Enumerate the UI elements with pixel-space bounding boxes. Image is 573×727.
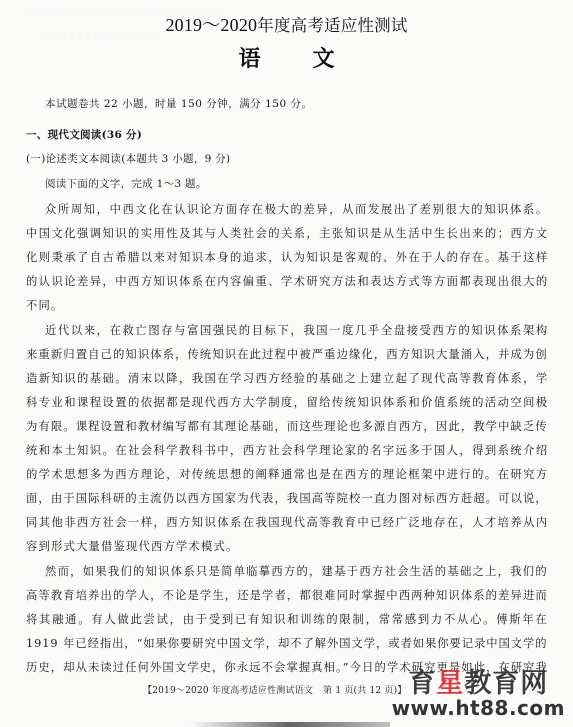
section-heading: 一、现代文阅读(36 分) bbox=[26, 127, 142, 142]
passage-line: 统和本土知识。在社会科学教科书中，西方社会科学理论家的名字远多于国人，得到系统介… bbox=[26, 442, 549, 458]
passage-line: 的认识论差异，中西方知识体系在内容偏重、学术研究方法和表达方式等方面都表现出很大… bbox=[26, 273, 549, 289]
subject-heading: 语文 bbox=[0, 42, 573, 73]
passage-line: 高等教育培养出的学人，不论是学生，还是学者，都很难同时掌握中西两种知识体系的差异… bbox=[26, 587, 548, 603]
page-footer: 【2019～2020 年度高考适应性测试语文第 1 页(共 12 页)】 bbox=[143, 683, 407, 696]
passage-line: 1919 年已经指出，“如果你要研究中国文学，却不了解外国文学，或者如果你要记录… bbox=[26, 635, 547, 651]
watermark-logo-text: 育星教育网 bbox=[392, 670, 565, 697]
exam-title: 2019～2020年度高考适应性测试 bbox=[0, 11, 573, 37]
passage-line: 将其融通。有人做此尝试，由于受到已有知识和训练的限制，常常感到力不从心。傅斯年在 bbox=[26, 611, 548, 627]
passage-line: 近代以来，在救亡图存与富国强民的目标下，我国一度几乎全盘接受西方的知识体系架构 bbox=[45, 322, 549, 338]
watermark-star-char: 星 bbox=[436, 668, 464, 699]
exam-title-years: 2019～2020 bbox=[165, 15, 257, 35]
passage-line: 众所周知，中西文化在认识论方面存在极大的差异，从而发展出了差别很大的知识体系。 bbox=[45, 201, 549, 217]
passage-line: 化则秉承了自古希腊以来对知识本身的追求，认为知识是客观的、外在于人的存在。基于这… bbox=[26, 249, 549, 265]
footer-exam-label: 【2019～2020 年度高考适应性测试语文 bbox=[143, 686, 313, 696]
passage-line: 同其他非西方社会一样，西方知识体系在我国现代高等教育中已经广泛地存在，人才培养从… bbox=[26, 514, 549, 530]
exam-title-text: 年度高考适应性测试 bbox=[257, 16, 407, 35]
site-watermark: 育星教育网 www.ht88.com bbox=[392, 670, 565, 718]
passage-line: 来重新归置自己的知识体系，传统知识在此过程中被严重边缘化，西方知识大量涌入，并成… bbox=[26, 346, 548, 362]
passage-line: 的学术思想多为西方理论，对传统思想的阐释通常也是在西方的理论框架中进行的。在研究… bbox=[26, 466, 549, 482]
scan-edge-shadow bbox=[190, 722, 390, 727]
subject-char: 文 bbox=[313, 42, 335, 73]
passage-line: 中国文化强调知识的实用性及其与人类社会的关系，主张知识是从生活中生长出来的；西方… bbox=[26, 225, 549, 241]
passage-line: 面，由于国际科研的主流仍以西方国家为代表，我国高等院校一直力图对标西方赶超。可以… bbox=[26, 490, 548, 506]
passage-line: 然而，如果我们的知识体系只是简单临摹西方的，建基于西方社会生活的基础之上，我们的 bbox=[45, 563, 548, 579]
exam-meta: 本试题卷共 22 小题，时量 150 分钟，满分 150 分。 bbox=[45, 96, 312, 111]
passage-line: 造新知识的基础。清末以降，我国在学习西方经验的基础之上建立起了现代高等教育体系，… bbox=[26, 370, 549, 386]
watermark-url: www.ht88.com bbox=[392, 698, 565, 718]
passage-line: 容到形式大量借鉴现代西方学术模式。 bbox=[26, 538, 238, 554]
passage-line: 不同。 bbox=[26, 297, 64, 313]
passage-line: 科专业和课程设置的依据都是现代西方大学制度，留给传统知识体系和价值系统的活动空间… bbox=[26, 394, 549, 410]
exam-page: · · · · · · · · · · · · · · · · · · · · … bbox=[0, 0, 573, 727]
passage-line: 为有限。课程设置和教材编写都有其理论基础，而这些理论也多源自西方，因此，教学中缺… bbox=[26, 418, 548, 434]
subsection-heading: (一)论述类文本阅读(本题共 3 小题，9 分) bbox=[26, 151, 230, 166]
reading-instruction: 阅读下面的文字，完成 1～3 题。 bbox=[45, 176, 207, 191]
subject-char: 语 bbox=[238, 42, 260, 73]
